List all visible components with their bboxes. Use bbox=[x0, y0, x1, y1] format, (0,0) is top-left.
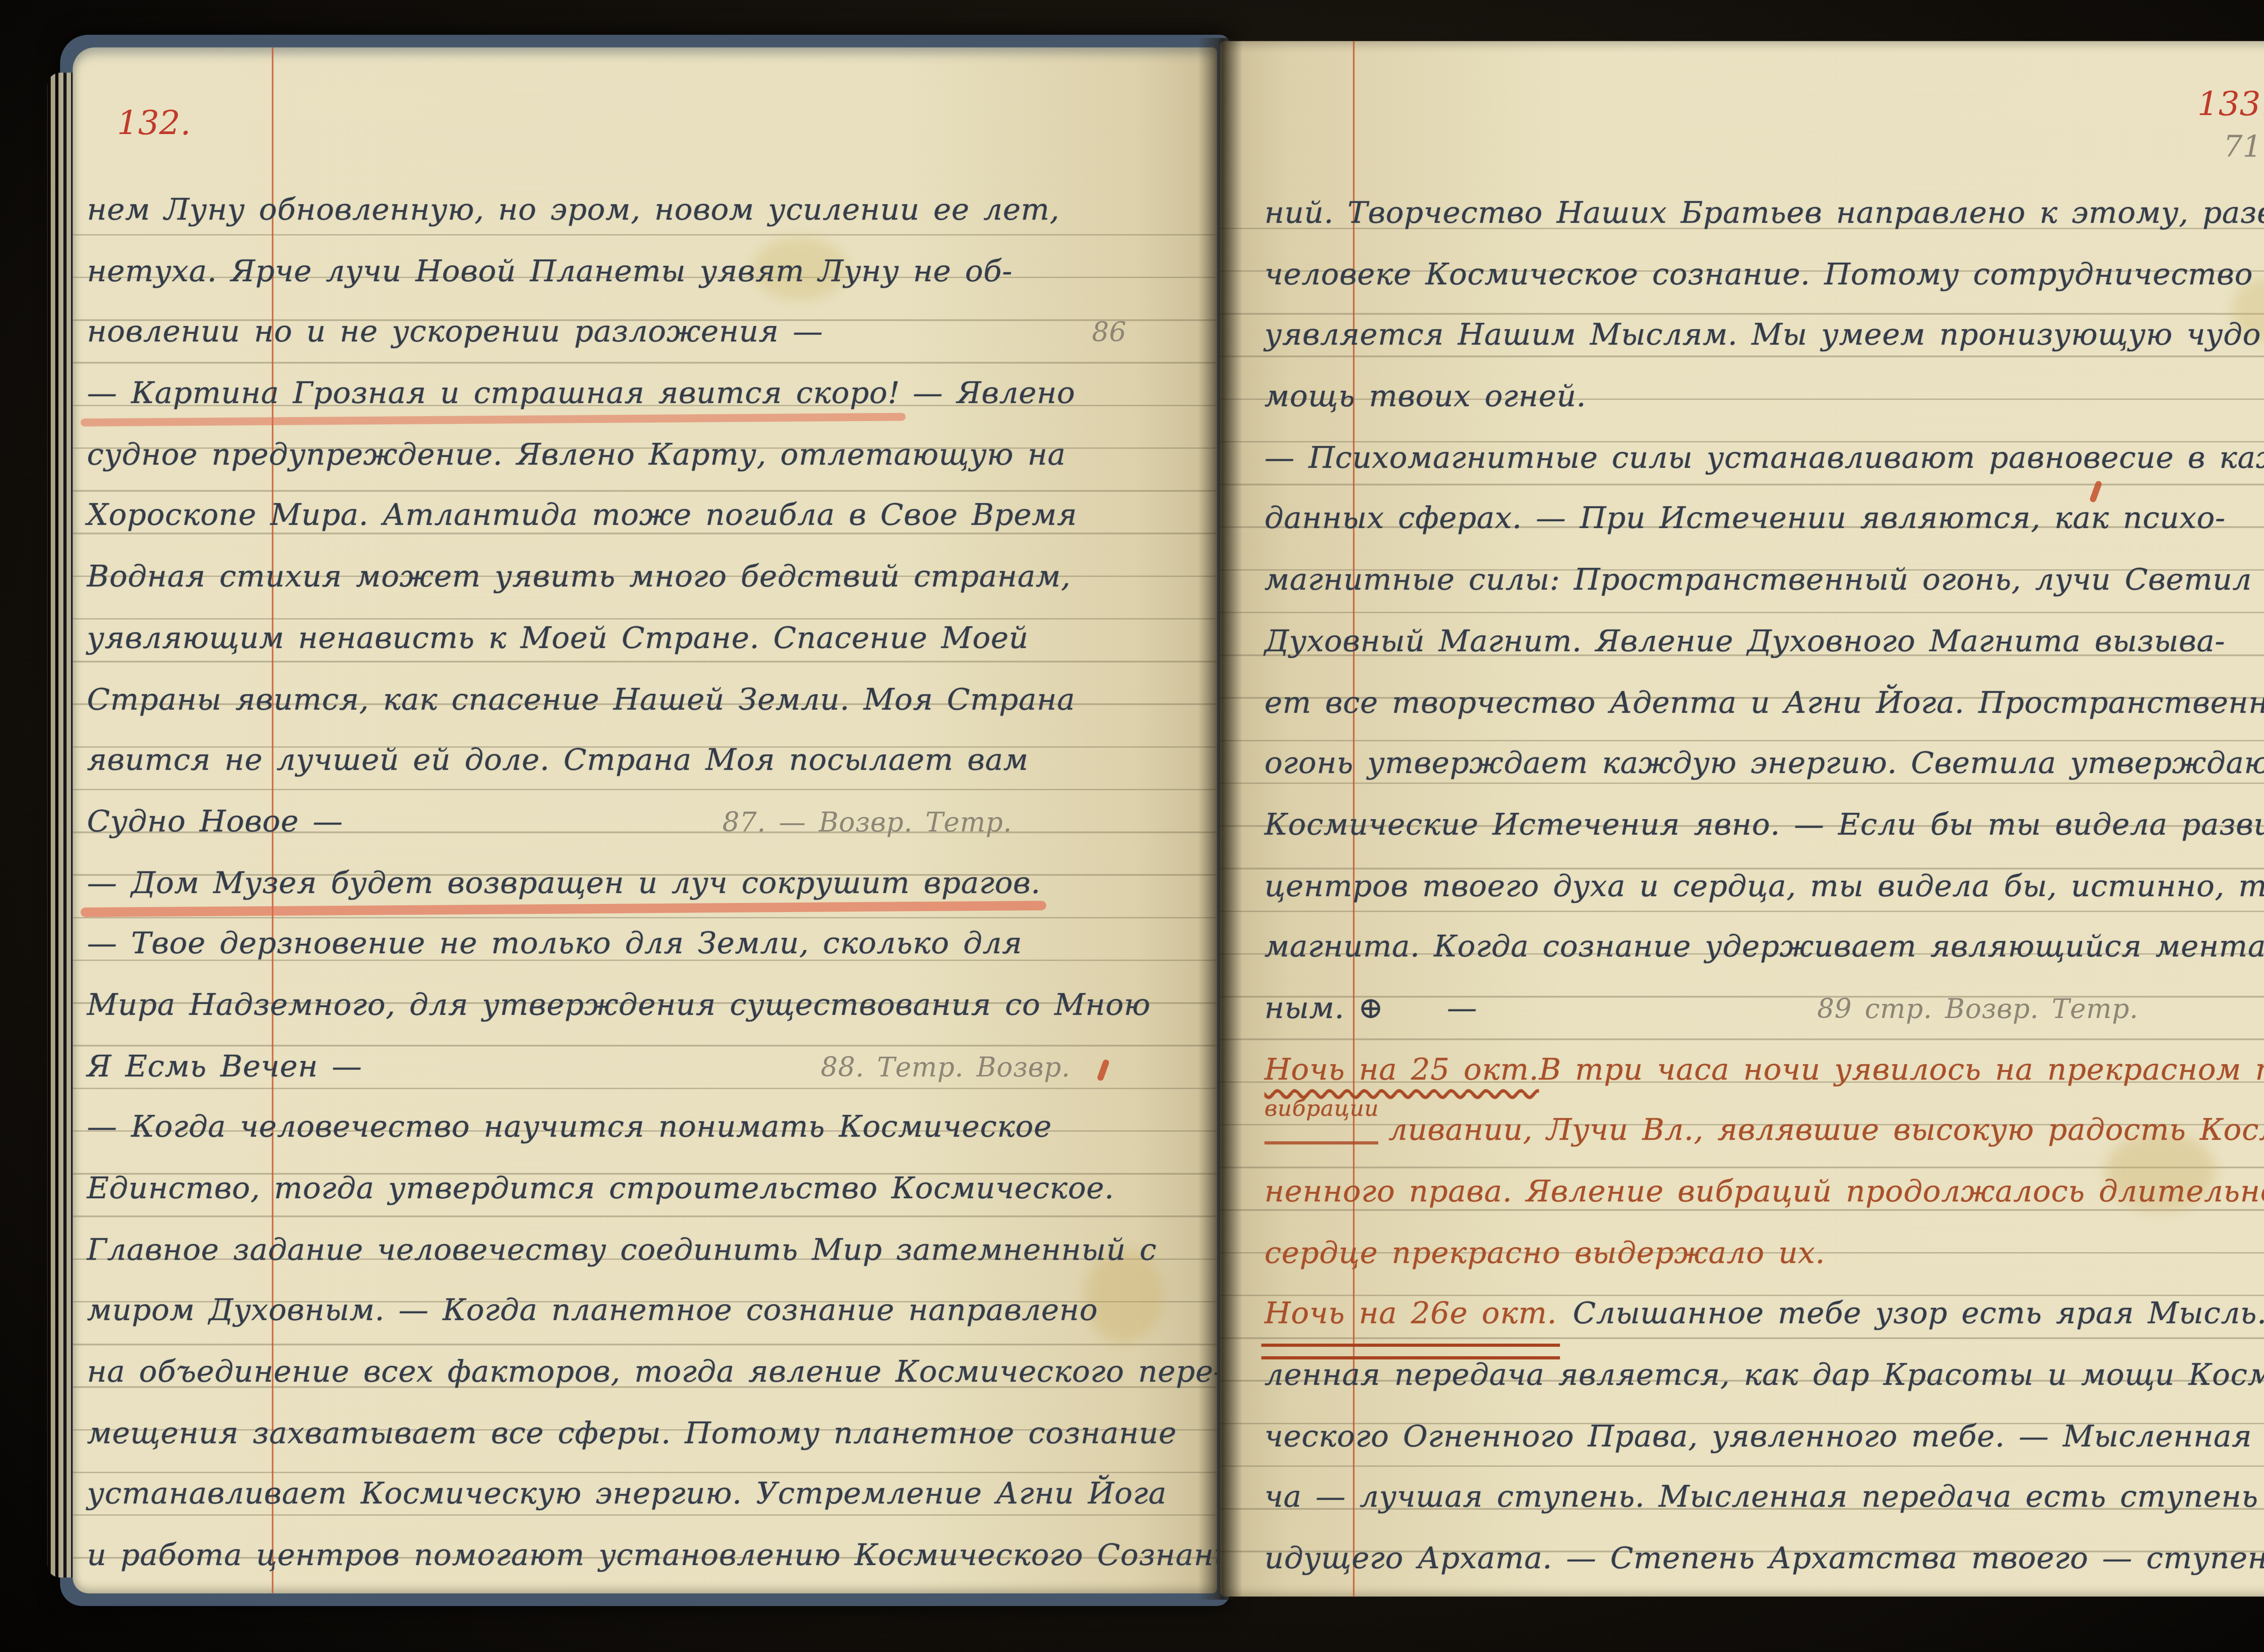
handwriting-line: мещения захватывает все сферы. Потому пл… bbox=[87, 1403, 1209, 1465]
handwriting-segment: нетуха. Ярче лучи Новой Планеты уявят Лу… bbox=[87, 241, 1012, 303]
handwriting-line: ческого Огненного Права, уявленного тебе… bbox=[1264, 1407, 2264, 1468]
handwriting-segment: — bbox=[1447, 978, 1477, 1039]
handwriting-line: человеке Космическое сознание. Потому со… bbox=[1264, 245, 2264, 306]
handwriting-segment: — Дом Музея будет возвращен и луч сокруш… bbox=[87, 853, 1041, 914]
handwriting-segment: Я Есмь Вечен — bbox=[87, 1037, 362, 1098]
handwriting-segment: нем Луну обновленную, но эром, новом уси… bbox=[87, 180, 1060, 241]
handwriting-line: ет все творчество Адепта и Агни Йога. Пр… bbox=[1264, 672, 2264, 734]
handwriting-segment: — Явлено bbox=[913, 364, 1075, 425]
handwriting-line: Космические Истечения явно. — Если бы ты… bbox=[1264, 795, 2264, 856]
handwriting-line: идущего Архата. — Степень Архатства твое… bbox=[1264, 1529, 2264, 1590]
page-edges-left bbox=[48, 73, 73, 1578]
handwriting-segment: 87. — Возвр. Тетр. bbox=[722, 793, 1012, 855]
handwriting-segment: Космические Истечения явно. — Если бы ты… bbox=[1264, 795, 2264, 856]
handwriting-segment: ненного права. Явление вибраций продолжа… bbox=[1264, 1162, 2264, 1223]
handwriting-segment: данных сферах. — При Истечении являются,… bbox=[1264, 489, 2226, 550]
handwriting-segment: вибрации bbox=[1264, 1080, 1379, 1144]
handwriting-line: Потому само главное утверждение энергий … bbox=[87, 1587, 1209, 1594]
handwriting-line: магнитные силы: Пространственный огонь, … bbox=[1264, 550, 2264, 611]
handwriting-line: — Твое дерзновение не только для Земли, … bbox=[87, 914, 1209, 975]
handwriting-segment: Главное задание человечеству соединить М… bbox=[87, 1220, 1157, 1281]
handwriting-segment: ческого Огненного Права, уявленного тебе… bbox=[1264, 1407, 2264, 1468]
right-page-text: ний. Творчество Наших Братьев направлено… bbox=[1264, 183, 2264, 1590]
handwriting-segment: — Твое дерзновение не только для Земли, … bbox=[87, 914, 1022, 975]
handwriting-line: Ночь на 26е окт. Слышанное тебе узор ест… bbox=[1264, 1284, 2264, 1345]
handwriting-line: Хороскопе Мира. Атлантида тоже погибла в… bbox=[87, 486, 1209, 547]
handwriting-segment: Судно Новое — bbox=[87, 792, 343, 853]
page-number-secondary: 71 bbox=[2224, 130, 2262, 164]
handwriting-line: Я Есмь Вечен —88. Тетр. Возвр. bbox=[87, 1037, 1209, 1098]
handwriting-line: уявляется Нашим Мыслям. Мы умеем пронизу… bbox=[1264, 306, 2264, 367]
handwriting-segment: В три часа ночи уявилось на прекрасном п… bbox=[1539, 1040, 2264, 1101]
right-page: 133. 71 ний. Творчество Наших Братьев на… bbox=[1220, 41, 2264, 1597]
handwriting-segment: судное предупреждение. Явлено Карту, отл… bbox=[87, 425, 1066, 486]
handwriting-segment: ний. Творчество Наших Братьев направлено… bbox=[1264, 183, 2264, 245]
handwriting-segment: — Картина Грозная и страшная явится скор… bbox=[87, 364, 900, 425]
handwriting-line: ний. Творчество Наших Братьев направлено… bbox=[1264, 183, 2264, 245]
handwriting-line: Страны явится, как спасение Нашей Земли.… bbox=[87, 669, 1209, 730]
handwriting-segment: мощь твоих огней. bbox=[1264, 367, 1586, 428]
handwriting-line: ча — лучшая ступень. Мысленная передача … bbox=[1264, 1468, 2264, 1529]
handwriting-segment: огонь утверждает каждую энергию. Светила… bbox=[1264, 734, 2264, 795]
handwriting-line: явится не лучшей ей доле. Страна Моя пос… bbox=[87, 730, 1209, 792]
handwriting-line: уявляющим ненависть к Моей Стране. Спасе… bbox=[87, 608, 1209, 669]
handwriting-segment: устанавливает Космическую энергию. Устре… bbox=[87, 1465, 1166, 1526]
handwriting-line: — Картина Грозная и страшная явится скор… bbox=[87, 364, 1209, 425]
handwriting-line: нетуха. Ярче лучи Новой Планеты уявят Лу… bbox=[87, 241, 1209, 303]
handwriting-line: на объединение всех факторов, тогда явле… bbox=[87, 1342, 1209, 1403]
handwriting-segment: Мира Надземного, для утверждения существ… bbox=[87, 975, 1151, 1036]
handwriting-segment: 86 bbox=[1092, 304, 1127, 365]
page-number-left: 132. bbox=[117, 104, 191, 142]
handwriting-line: миром Духовным. — Когда планетное сознан… bbox=[87, 1281, 1209, 1342]
handwriting-line: ленная передача является, как дар Красот… bbox=[1264, 1345, 2264, 1407]
handwriting-segment: Водная стихия может уявить много бедстви… bbox=[87, 547, 1071, 608]
handwriting-line: магнита. Когда сознание удерживает являю… bbox=[1264, 917, 2264, 978]
handwriting-segment: уявляется Нашим Мыслям. Мы умеем пронизу… bbox=[1264, 306, 2261, 367]
handwriting-line: центров твоего духа и сердца, ты видела … bbox=[1264, 856, 2264, 917]
handwriting-segment: Единство, тогда утвердится строительство… bbox=[87, 1159, 1114, 1220]
handwriting-line: вибрацииливании, Лучи Вл., являвшие высо… bbox=[1264, 1101, 2264, 1162]
page-number-right: 133. bbox=[2197, 85, 2264, 123]
handwriting-line: — Психомагнитные силы устанавливают равн… bbox=[1264, 428, 2264, 489]
handwriting-line: — Когда человечество научится понимать К… bbox=[87, 1098, 1209, 1159]
handwriting-segment: 88. Тетр. Возвр. bbox=[820, 1038, 1070, 1099]
handwriting-segment: ет все творчество Адепта и Агни Йога. Пр… bbox=[1264, 672, 2264, 734]
handwriting-line: и работа центров помогают установлению К… bbox=[87, 1526, 1209, 1587]
handwriting-segment: и работа центров помогают установлению К… bbox=[87, 1526, 1217, 1587]
handwriting-line: ненного права. Явление вибраций продолжа… bbox=[1264, 1162, 2264, 1223]
handwriting-segment: Хороскопе Мира. Атлантида тоже погибла в… bbox=[87, 486, 1077, 547]
handwriting-segment: — Когда человечество научится понимать К… bbox=[87, 1098, 1052, 1159]
handwriting-segment: центров твоего духа и сердца, ты видела … bbox=[1264, 856, 2264, 917]
handwriting-segment: ливании, Лучи Вл., являвшие высокую радо… bbox=[1388, 1101, 2264, 1162]
handwriting-segment: сердце прекрасно выдержало их. bbox=[1264, 1223, 1825, 1284]
handwriting-line: сердце прекрасно выдержало их. bbox=[1264, 1223, 2264, 1284]
handwriting-segment: 89 стр. Возвр. Тетр. bbox=[1817, 980, 2139, 1041]
handwriting-segment: Слышанное тебе узор есть ярая Мысль. Мыс… bbox=[1573, 1284, 2264, 1345]
handwriting-line: нем Луну обновленную, но эром, новом уси… bbox=[87, 180, 1209, 241]
handwriting-segment: человеке Космическое сознание. Потому со… bbox=[1264, 245, 2253, 306]
handwriting-line: ным. ⊕—89 стр. Возвр. Тетр. bbox=[1264, 978, 2264, 1039]
handwriting-line: Судно Новое —87. — Возвр. Тетр. bbox=[87, 792, 1209, 853]
handwriting-line: новлении но и не ускорении разложения —8… bbox=[87, 303, 1209, 364]
handwriting-segment: ленная передача является, как дар Красот… bbox=[1264, 1345, 2264, 1407]
handwriting-segment: мещения захватывает все сферы. Потому пл… bbox=[87, 1403, 1177, 1465]
handwriting-line: Ночь на 25 окт. В три часа ночи уявилось… bbox=[1264, 1040, 2264, 1101]
left-page: 132. нем Луну обновленную, но эром, ново… bbox=[73, 48, 1217, 1594]
handwriting-line: — Дом Музея будет возвращен и луч сокруш… bbox=[87, 853, 1209, 914]
handwriting-segment: явится не лучшей ей доле. Страна Моя пос… bbox=[87, 730, 1028, 792]
handwriting-segment: Потому само главное утверждение энергий … bbox=[87, 1587, 1217, 1594]
handwriting-line: Главное задание человечеству соединить М… bbox=[87, 1220, 1209, 1281]
handwriting-segment: Страны явится, как спасение Нашей Земли.… bbox=[87, 669, 1075, 730]
handwriting-segment: миром Духовным. — Когда планетное сознан… bbox=[87, 1281, 1098, 1342]
handwriting-line: Водная стихия может уявить много бедстви… bbox=[87, 547, 1209, 608]
handwriting-line: судное предупреждение. Явлено Карту, отл… bbox=[87, 425, 1209, 486]
handwriting-segment: на объединение всех факторов, тогда явле… bbox=[87, 1342, 1217, 1403]
handwriting-segment: — Психомагнитные силы устанавливают равн… bbox=[1264, 428, 2264, 489]
handwriting-line: огонь утверждает каждую энергию. Светила… bbox=[1264, 734, 2264, 795]
handwriting-segment: уявляющим ненависть к Моей Стране. Спасе… bbox=[87, 608, 1028, 669]
handwriting-line: данных сферах. — При Истечении являются,… bbox=[1264, 489, 2264, 550]
handwriting-segment: Духовный Магнит. Явление Духовного Магни… bbox=[1264, 611, 2225, 672]
photo-stage: 132. нем Луну обновленную, но эром, ново… bbox=[0, 0, 2264, 1652]
handwriting-segment: ным. ⊕ bbox=[1264, 978, 1383, 1039]
left-page-text: нем Луну обновленную, но эром, новом уси… bbox=[87, 180, 1209, 1594]
handwriting-segment: магнита. Когда сознание удерживает являю… bbox=[1264, 917, 2264, 978]
handwriting-line: Единство, тогда утвердится строительство… bbox=[87, 1159, 1209, 1220]
handwriting-segment: ча — лучшая ступень. Мысленная передача … bbox=[1264, 1468, 2258, 1529]
handwriting-line: устанавливает Космическую энергию. Устре… bbox=[87, 1465, 1209, 1526]
handwriting-line: мощь твоих огней. bbox=[1264, 367, 2264, 428]
handwriting-line: Мира Надземного, для утверждения существ… bbox=[87, 975, 1209, 1036]
handwriting-line: Духовный Магнит. Явление Духовного Магни… bbox=[1264, 611, 2264, 672]
gutter-shadow bbox=[1198, 38, 1242, 1600]
handwriting-segment: новлении но и не ускорении разложения — bbox=[87, 303, 823, 364]
handwriting-segment: Ночь на 26е окт. bbox=[1264, 1284, 1557, 1345]
handwriting-segment: идущего Архата. — Степень Архатства твое… bbox=[1264, 1529, 2264, 1590]
handwriting-segment: магнитные силы: Пространственный огонь, … bbox=[1264, 550, 2264, 611]
